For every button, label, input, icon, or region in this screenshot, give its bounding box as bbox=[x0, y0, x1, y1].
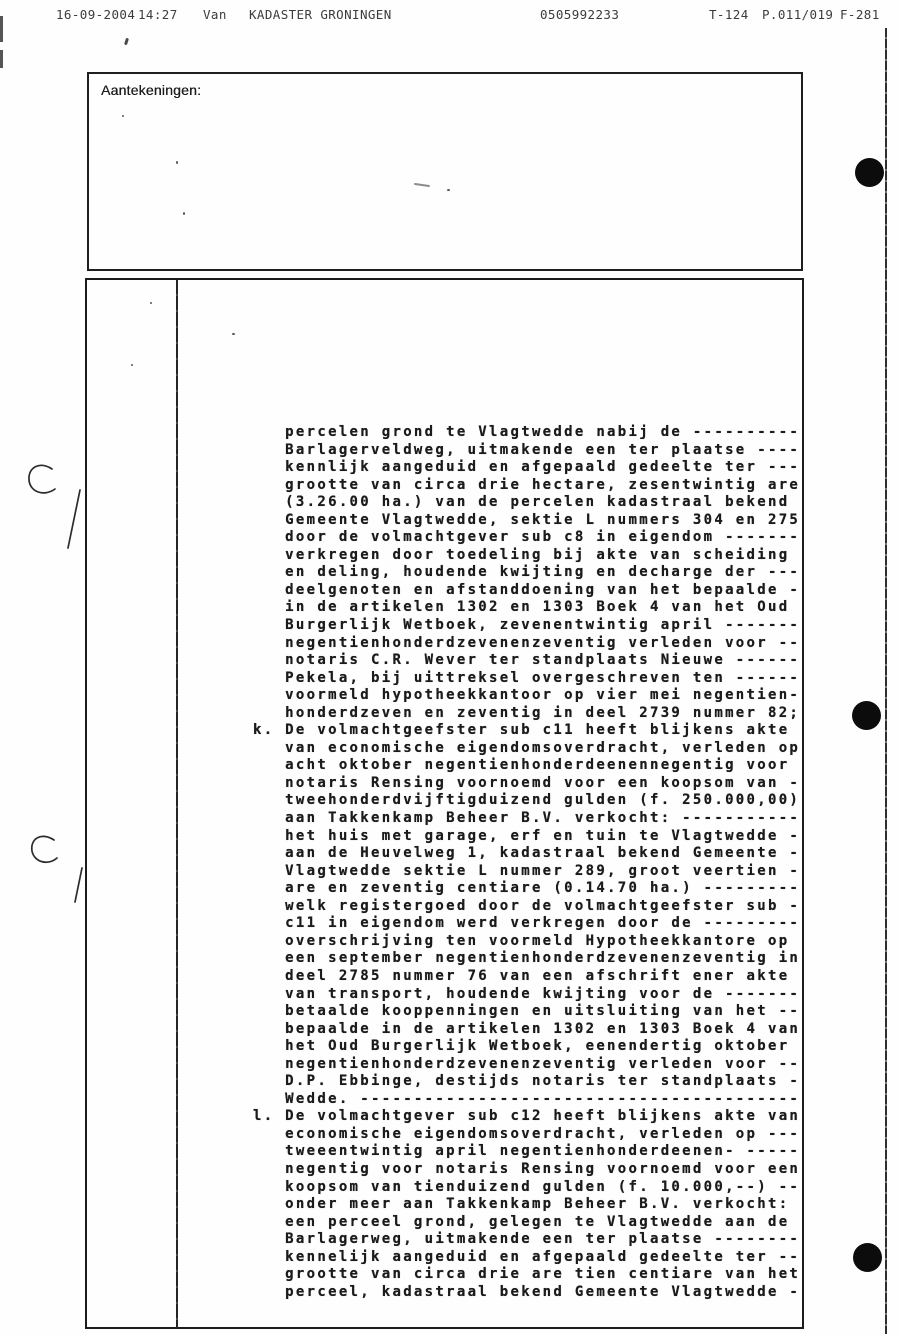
scan-speck bbox=[447, 189, 450, 191]
document-line: perceel, kadastraal bekend Gemeente Vlag… bbox=[253, 1284, 800, 1302]
document-line: verkregen door toedeling bij akte van sc… bbox=[253, 547, 800, 565]
document-line: kennelijk aangeduid en afgepaald gedeelt… bbox=[253, 1249, 800, 1267]
document-line: notaris Rensing voornoemd voor een koops… bbox=[253, 775, 800, 793]
hole-punch-dot bbox=[853, 1243, 882, 1272]
document-line: notaris C.R. Wever ter standplaats Nieuw… bbox=[253, 652, 800, 670]
document-line: l. De volmachtgever sub c12 heeft blijke… bbox=[253, 1108, 800, 1126]
margin-divider-line bbox=[176, 280, 178, 1328]
fax-confirm-code: F-281 bbox=[840, 7, 880, 22]
document-line: tweehonderdvijftigduizend gulden (f. 250… bbox=[253, 792, 800, 810]
document-line: aan de Heuvelweg 1, kadastraal bekend Ge… bbox=[253, 845, 800, 863]
document-line: negentienhonderdzevenenzeventig verleden… bbox=[253, 635, 800, 653]
document-line: aan Takkenkamp Beheer B.V. verkocht: ---… bbox=[253, 810, 800, 828]
document-line: economische eigendomsoverdracht, verlede… bbox=[253, 1126, 800, 1144]
document-line: Barlagerveldweg, uitmakende een ter plaa… bbox=[253, 442, 800, 460]
document-line: in de artikelen 1302 en 1303 Boek 4 van … bbox=[253, 599, 800, 617]
document-line: grootte van circa drie hectare, zesentwi… bbox=[253, 477, 800, 495]
document-line: acht oktober negentienhonderdeenennegent… bbox=[253, 757, 800, 775]
document-line: koopsom van tienduizend gulden (f. 10.00… bbox=[253, 1179, 800, 1197]
document-line: het huis met garage, erf en tuin te Vlag… bbox=[253, 828, 800, 846]
document-line: (3.26.00 ha.) van de percelen kadastraal… bbox=[253, 494, 800, 512]
document-line: percelen grond te Vlagtwedde nabij de --… bbox=[253, 424, 800, 442]
hole-punch-dot bbox=[852, 701, 881, 730]
document-line: bepaalde in de artikelen 1302 en 1303 Bo… bbox=[253, 1021, 800, 1039]
fax-document-page: 16-09-2004 14:27 Van KADASTER GRONINGEN … bbox=[0, 0, 900, 1334]
hole-punch-dot bbox=[855, 158, 884, 187]
document-line: negentig voor notaris Rensing voornoemd … bbox=[253, 1161, 800, 1179]
document-line: D.P. Ebbinge, destijds notaris ter stand… bbox=[253, 1073, 800, 1091]
fax-page-code: P.011/019 bbox=[762, 7, 833, 22]
document-line: het Oud Burgerlijk Wetboek, eenendertig … bbox=[253, 1038, 800, 1056]
document-line: van transport, houdende kwijting voor de… bbox=[253, 986, 800, 1004]
document-line: welk registergoed door de volmachtgeefst… bbox=[253, 898, 800, 916]
fax-time: 14:27 bbox=[138, 7, 178, 22]
scan-speck bbox=[122, 115, 124, 117]
document-line: Pekela, bij uittreksel overgeschreven te… bbox=[253, 670, 800, 688]
handwritten-mark bbox=[22, 458, 92, 553]
fax-from-label: Van bbox=[203, 7, 227, 22]
fax-number: 0505992233 bbox=[540, 7, 619, 22]
document-line: Barlagerweg, uitmakende een ter plaatse … bbox=[253, 1231, 800, 1249]
scan-speck bbox=[176, 161, 178, 164]
document-line: grootte van circa drie are tien centiare… bbox=[253, 1266, 800, 1284]
document-line: negentienhonderdzevenenzeventig verleden… bbox=[253, 1056, 800, 1074]
scan-speck bbox=[232, 333, 235, 335]
document-line: Gemeente Vlagtwedde, sektie L nummers 30… bbox=[253, 512, 800, 530]
document-line: deelgenoten en afstanddoening van het be… bbox=[253, 582, 800, 600]
paper-edge-line bbox=[885, 28, 887, 1334]
scan-speck bbox=[150, 302, 152, 304]
document-line: kennlijk aangeduid en afgepaald gedeelte… bbox=[253, 459, 800, 477]
document-line: Burgerlijk Wetboek, zevenentwintig april… bbox=[253, 617, 800, 635]
document-line: een perceel grond, gelegen te Vlagtwedde… bbox=[253, 1214, 800, 1232]
paper-edge-mark bbox=[0, 16, 3, 42]
document-line: are en zeventig centiare (0.14.70 ha.) -… bbox=[253, 880, 800, 898]
document-line: deel 2785 nummer 76 van een afschrift en… bbox=[253, 968, 800, 986]
fax-sender: KADASTER GRONINGEN bbox=[249, 7, 392, 22]
document-line: c11 in eigendom werd verkregen door de -… bbox=[253, 915, 800, 933]
annotations-label: Aantekeningen: bbox=[101, 82, 201, 98]
scan-speck bbox=[183, 212, 185, 215]
document-line: voormeld hypotheekkantoor op vier mei ne… bbox=[253, 687, 800, 705]
document-line: een september negentienhonderdzevenenzev… bbox=[253, 950, 800, 968]
annotations-box: Aantekeningen: bbox=[87, 72, 803, 271]
document-line: van economische eigendomsoverdracht, ver… bbox=[253, 740, 800, 758]
handwritten-mark bbox=[26, 830, 90, 910]
document-line: Wedde. ---------------------------------… bbox=[253, 1091, 800, 1109]
document-line: honderdzeven en zeventig in deel 2739 nu… bbox=[253, 705, 800, 723]
document-line: tweeentwintig april negentienhonderdeene… bbox=[253, 1143, 800, 1161]
document-line: overschrijving ten voormeld Hypotheekkan… bbox=[253, 933, 800, 951]
document-lines: percelen grond te Vlagtwedde nabij de --… bbox=[253, 424, 800, 1301]
fax-transmission-code: T-124 bbox=[709, 7, 749, 22]
scan-speck bbox=[131, 364, 133, 366]
document-line: k. De volmachtgeefster sub c11 heeft bli… bbox=[253, 722, 800, 740]
fax-date: 16-09-2004 bbox=[56, 7, 135, 22]
document-line: Vlagtwedde sektie L nummer 289, groot ve… bbox=[253, 863, 800, 881]
document-line: betaalde kooppenningen en uitsluiting va… bbox=[253, 1003, 800, 1021]
document-line: onder meer aan Takkenkamp Beheer B.V. ve… bbox=[253, 1196, 800, 1214]
document-line: en deling, houdende kwijting en decharge… bbox=[253, 564, 800, 582]
document-line: door de volmachtgever sub c8 in eigendom… bbox=[253, 529, 800, 547]
paper-edge-mark bbox=[0, 50, 3, 68]
scan-speck bbox=[124, 38, 129, 46]
